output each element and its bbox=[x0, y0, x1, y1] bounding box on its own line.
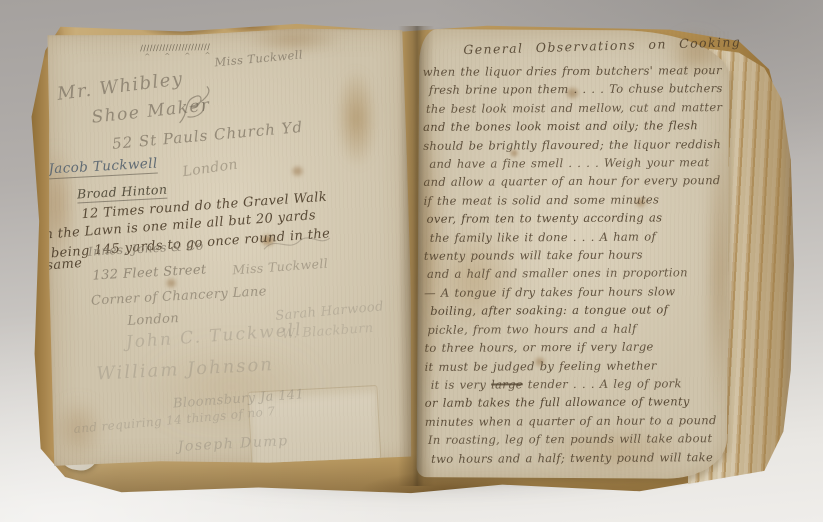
manuscript-line: minutes when a quarter of an hour to a p… bbox=[425, 411, 723, 431]
manuscript-line: the family like it done . . . A ham of bbox=[430, 227, 722, 247]
inscription-corner-chancery: Corner of Chancery Lane bbox=[91, 284, 267, 308]
gravel-walk-note-line: same bbox=[46, 256, 83, 274]
inscription-street: 132 Fleet Street bbox=[92, 262, 207, 283]
manuscript-line: two hours and a half; twenty pound will … bbox=[431, 448, 723, 468]
manuscript-line: pickle, from two hours and a half bbox=[427, 319, 722, 339]
stain bbox=[292, 167, 302, 176]
manuscript-line: the best look moist and mellow, cut and … bbox=[426, 98, 721, 118]
inscription-london-script: London bbox=[182, 157, 239, 181]
stain bbox=[167, 279, 176, 287]
inscription-city: London bbox=[127, 311, 180, 329]
manuscript-text-block: when the liquor dries from butchers' mea… bbox=[423, 61, 723, 468]
manuscript-line: and have a fine smell . . . . Weigh your… bbox=[429, 153, 721, 173]
manuscript-line: when the liquor dries from butchers' mea… bbox=[423, 61, 721, 81]
manuscript-line: should be brightly flavoured; the liquor… bbox=[423, 135, 721, 155]
underlined-text: Broad Hinton bbox=[77, 182, 168, 204]
manuscript-line: if the meat is solid and some minutes bbox=[423, 190, 721, 210]
manuscript-line: or lamb takes the full allowance of twen… bbox=[425, 392, 723, 412]
manuscript-line: it is very large tender . . . A leg of p… bbox=[431, 374, 723, 394]
photo-backdrop: ////////////////////// ^ ^ ^ ^ Miss Tuck… bbox=[0, 0, 823, 522]
inscription-name-underlined: Jacob Tuckwell bbox=[48, 155, 158, 177]
pen-trial-carets: ^ ^ ^ ^ bbox=[144, 51, 216, 60]
manuscript-line: and allow a quarter of an hour for every… bbox=[423, 172, 721, 192]
manuscript-line: over, from ten to twenty according as bbox=[427, 208, 722, 228]
manuscript-line: and the bones look moist and oily; the f… bbox=[423, 116, 721, 136]
manuscript-line: twenty pounds will take four hours bbox=[424, 245, 722, 265]
inscription-miss-tuckwell-2: Miss Tuckwell bbox=[232, 256, 329, 278]
manuscript-line: and a half and smaller ones in proportio… bbox=[427, 264, 722, 284]
pencil-signature: William Johnson bbox=[96, 354, 275, 385]
right-page: General Observations on Cooking when the… bbox=[417, 29, 730, 479]
manuscript-line: to three hours, or more if very large bbox=[424, 337, 722, 357]
left-page: ////////////////////// ^ ^ ^ ^ Miss Tuck… bbox=[44, 27, 414, 470]
stain bbox=[326, 49, 387, 188]
inscription-village-underlined: Broad Hinton bbox=[77, 182, 168, 202]
inscription-miss-tuckwell: Miss Tuckwell bbox=[214, 47, 304, 69]
ink-flourish-doodle bbox=[262, 230, 332, 257]
manuscript-line: fresh brine upon them . . . . To chuse b… bbox=[429, 79, 721, 99]
manuscript-line: In roasting, leg of ten pounds will take… bbox=[428, 429, 723, 449]
manuscript-line: it must be judged by feeling whether bbox=[425, 356, 723, 376]
manuscript-line: — A tongue if dry takes four hours slow bbox=[424, 282, 722, 302]
page-heading: General Observations on Cooking bbox=[463, 34, 741, 57]
ink-flourish-doodle bbox=[173, 82, 216, 131]
manuscript-line: boiling, after soaking: a tongue out of bbox=[430, 300, 722, 320]
underlined-text: Jacob Tuckwell bbox=[48, 155, 158, 179]
